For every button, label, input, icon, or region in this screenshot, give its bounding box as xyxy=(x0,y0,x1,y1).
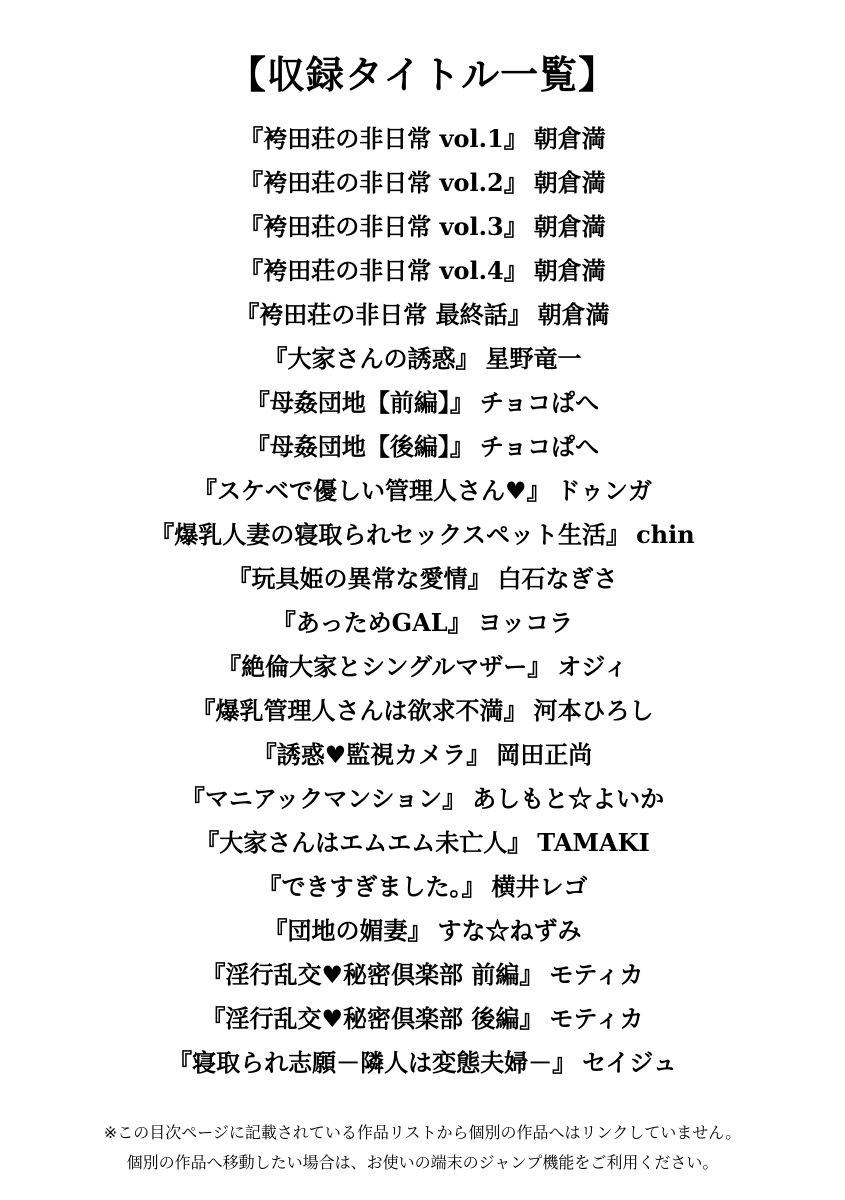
author-name: セイジュ xyxy=(582,1048,677,1077)
footer-note-line-1: ※この目次ページに記載されている作品リストから個別の作品へはリンクしていません。 xyxy=(0,1118,845,1148)
list-item: 『あっためGAL』ヨッコラ xyxy=(0,601,845,645)
list-item: 『袴田荘の非日常 vol.4』朝倉満 xyxy=(0,249,845,293)
work-title: 『淫行乱交♥秘密倶楽部 前編』 xyxy=(202,960,544,989)
work-title: 『袴田荘の非日常 vol.3』 xyxy=(239,212,527,241)
list-item: 『袴田荘の非日常 vol.3』朝倉満 xyxy=(0,205,845,249)
author-name: すな☆ねずみ xyxy=(438,916,582,945)
work-title: 『母姦団地【後編】』 xyxy=(246,432,474,461)
list-item: 『大家さんの誘惑』星野竜一 xyxy=(0,337,845,381)
list-item: 『できすぎました。』横井レゴ xyxy=(0,865,845,909)
list-item: 『母姦団地【前編】』チョコぱへ xyxy=(0,381,845,425)
list-item: 『爆乳管理人さんは欲求不満』河本ひろし xyxy=(0,689,845,733)
work-title: 『袴田荘の非日常 vol.1』 xyxy=(239,124,527,153)
author-name: 朝倉満 xyxy=(534,168,606,197)
work-title: 『スケベで優しい管理人さん♥』 xyxy=(193,476,551,505)
author-name: あしもと☆よいか xyxy=(472,784,664,813)
author-name: 岡田正尚 xyxy=(496,740,592,769)
work-title: 『爆乳人妻の寝取られセックスペット生活』 xyxy=(150,520,630,549)
list-item: 『母姦団地【後編】』チョコぱへ xyxy=(0,425,845,469)
list-item: 『袴田荘の非日常 vol.2』朝倉満 xyxy=(0,161,845,205)
author-name: chin xyxy=(636,520,695,549)
list-item: 『寝取られ志願－隣人は変態夫婦－』セイジュ xyxy=(0,1041,845,1085)
author-name: モティカ xyxy=(549,1004,643,1033)
work-title: 『寝取られ志願－隣人は変態夫婦－』 xyxy=(168,1048,576,1077)
author-name: チョコぱへ xyxy=(480,432,599,461)
author-name: ヨッコラ xyxy=(478,608,574,637)
author-name: 朝倉満 xyxy=(534,212,606,241)
work-title: 『淫行乱交♥秘密倶楽部 後編』 xyxy=(202,1004,544,1033)
author-name: TAMAKI xyxy=(537,828,649,857)
list-item: 『誘惑♥監視カメラ』岡田正尚 xyxy=(0,733,845,777)
work-title: 『爆乳管理人さんは欲求不満』 xyxy=(192,696,528,725)
page-title: 【収録タイトル一覧】 xyxy=(0,50,845,100)
list-item: 『袴田荘の非日常 最終話』朝倉満 xyxy=(0,293,845,337)
table-of-contents-page: 【収録タイトル一覧】 『袴田荘の非日常 vol.1』朝倉満 『袴田荘の非日常 v… xyxy=(0,0,845,1200)
work-title: 『大家さんはエムエム未亡人』 xyxy=(195,828,531,857)
author-name: 白石なぎさ xyxy=(498,564,618,593)
author-name: 朝倉満 xyxy=(534,256,606,285)
author-name: チョコぱへ xyxy=(480,388,599,417)
list-item: 『絶倫大家とシングルマザー』オジィ xyxy=(0,645,845,689)
work-title: 『マニアックマンション』 xyxy=(181,784,466,813)
list-item: 『団地の媚妻』すな☆ねずみ xyxy=(0,909,845,953)
list-item: 『スケベで優しい管理人さん♥』ドゥンガ xyxy=(0,469,845,513)
work-title: 『袴田荘の非日常 vol.2』 xyxy=(239,168,527,197)
work-title: 『あっためGAL』 xyxy=(272,608,472,637)
author-name: 河本ひろし xyxy=(534,696,654,725)
author-name: オジィ xyxy=(557,652,628,681)
work-title: 『玩具姫の異常な愛情』 xyxy=(228,564,492,593)
work-title: 『できすぎました。』 xyxy=(258,872,486,901)
footer-note: ※この目次ページに記載されている作品リストから個別の作品へはリンクしていません。… xyxy=(0,1118,845,1178)
author-name: モティカ xyxy=(549,960,643,989)
author-name: 星野竜一 xyxy=(486,344,582,373)
work-title: 『絶倫大家とシングルマザー』 xyxy=(217,652,551,681)
work-title: 『袴田荘の非日常 最終話』 xyxy=(235,300,531,329)
contents-list: 『袴田荘の非日常 vol.1』朝倉満 『袴田荘の非日常 vol.2』朝倉満 『袴… xyxy=(0,117,845,1085)
list-item: 『淫行乱交♥秘密倶楽部 後編』モティカ xyxy=(0,997,845,1041)
list-item: 『大家さんはエムエム未亡人』TAMAKI xyxy=(0,821,845,865)
footer-note-line-2: 個別の作品へ移動したい場合は、お使いの端末のジャンプ機能をご利用ください。 xyxy=(0,1148,845,1178)
work-title: 『団地の媚妻』 xyxy=(264,916,432,945)
author-name: 朝倉満 xyxy=(534,124,606,153)
list-item: 『淫行乱交♥秘密倶楽部 前編』モティカ xyxy=(0,953,845,997)
list-item: 『爆乳人妻の寝取られセックスペット生活』chin xyxy=(0,513,845,557)
list-item: 『袴田荘の非日常 vol.1』朝倉満 xyxy=(0,117,845,161)
work-title: 『大家さんの誘惑』 xyxy=(264,344,480,373)
list-item: 『マニアックマンション』あしもと☆よいか xyxy=(0,777,845,821)
author-name: 朝倉満 xyxy=(538,300,610,329)
author-name: ドゥンガ xyxy=(557,476,652,505)
author-name: 横井レゴ xyxy=(492,872,588,901)
work-title: 『母姦団地【前編】』 xyxy=(246,388,474,417)
work-title: 『袴田荘の非日常 vol.4』 xyxy=(239,256,527,285)
work-title: 『誘惑♥監視カメラ』 xyxy=(253,740,491,769)
list-item: 『玩具姫の異常な愛情』白石なぎさ xyxy=(0,557,845,601)
